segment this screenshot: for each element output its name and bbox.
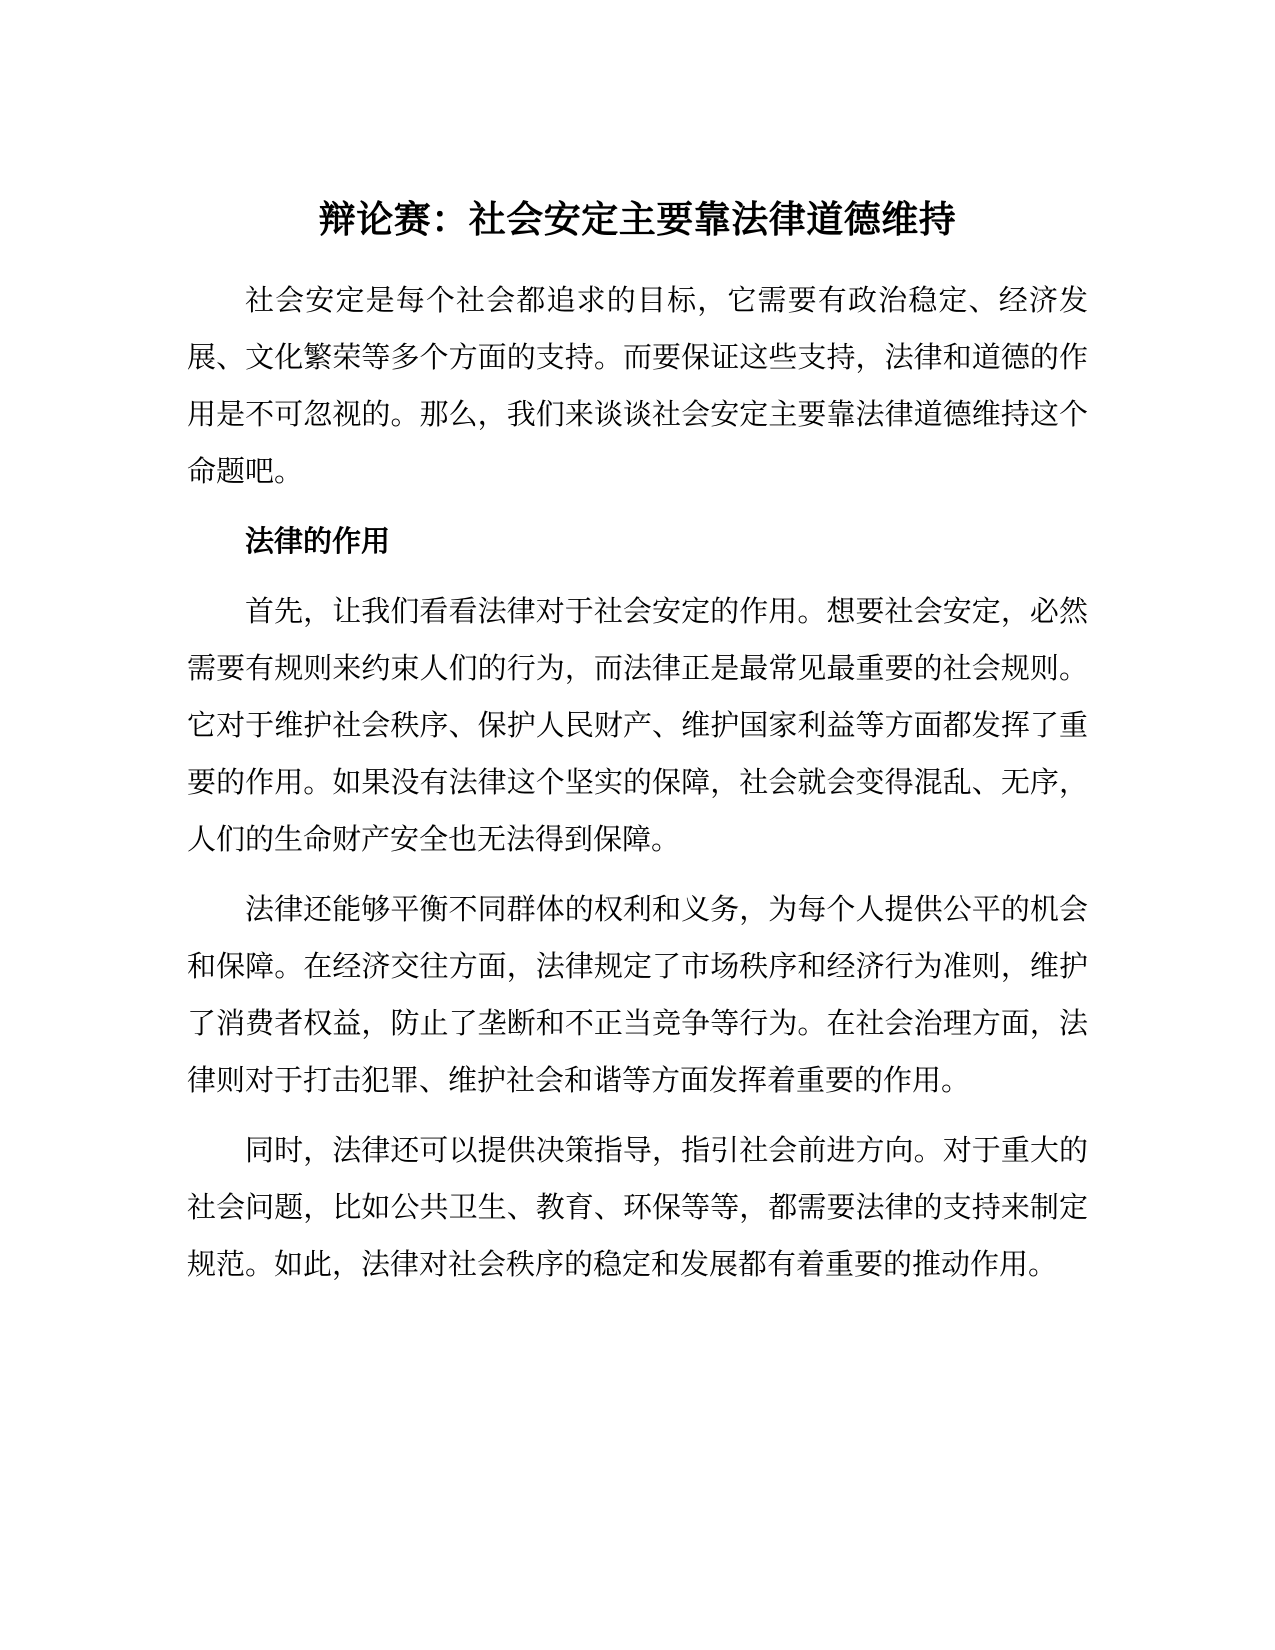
section-heading-law-role: 法律的作用 <box>187 514 1088 571</box>
paragraph-law-balance: 法律还能够平衡不同群体的权利和义务，为每个人提供公平的机会和保障。在经济交往方面… <box>187 882 1088 1110</box>
paragraph-law-guidance: 同时，法律还可以提供决策指导，指引社会前进方向。对于重大的社会问题，比如公共卫生… <box>187 1123 1088 1294</box>
document-page: 辩论赛：社会安定主要靠法律道德维持 社会安定是每个社会都追求的目标，它需要有政治… <box>0 0 1275 1650</box>
document-title: 辩论赛：社会安定主要靠法律道德维持 <box>187 195 1088 245</box>
paragraph-law-rules: 首先，让我们看看法律对于社会安定的作用。想要社会安定，必然需要有规则来约束人们的… <box>187 584 1088 869</box>
paragraph-intro: 社会安定是每个社会都追求的目标，它需要有政治稳定、经济发展、文化繁荣等多个方面的… <box>187 273 1088 501</box>
